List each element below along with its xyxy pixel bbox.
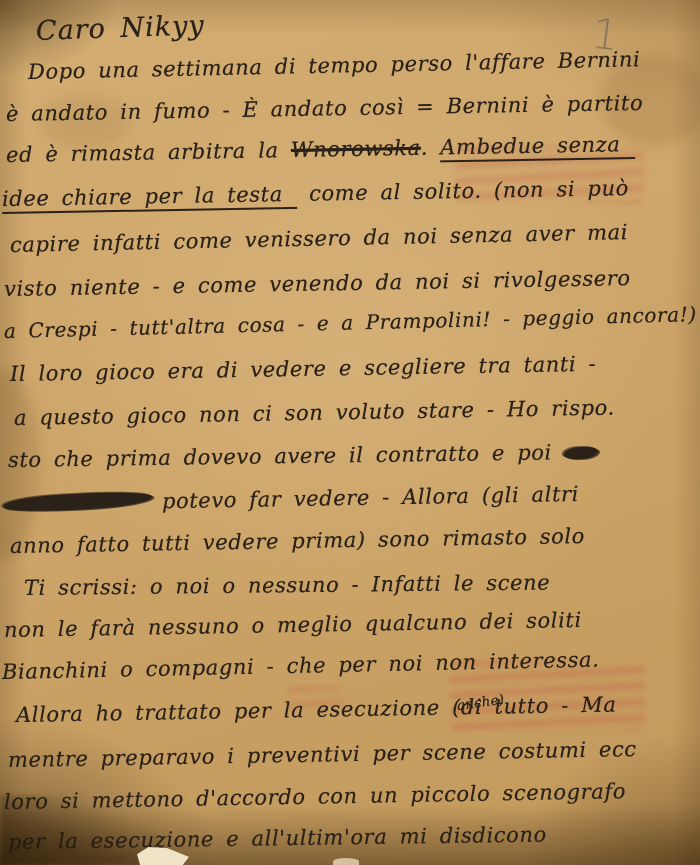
letter-line: mentre preparavo i preventivi per scene … [8, 737, 637, 772]
letter-line: sto che prima dovevo avere il contratto … [8, 440, 598, 472]
torn-paper-speck [333, 858, 359, 865]
letter-page-photo: 1 Caro Nikyy Dopo una settimana di tempo… [0, 0, 700, 865]
line-text: potevo far vedere - Allora (gli altri [162, 482, 579, 513]
line-text: capire infatti come venissero da noi sen… [10, 220, 629, 257]
letter-line: Il loro gioco era di vedere e scegliere … [10, 352, 597, 386]
letter-line: a Crespi - tutt'altra cosa - e a Prampol… [4, 302, 697, 343]
letter-line: anno fatto tutti vedere prima) sono rima… [10, 524, 585, 558]
line-text: anno fatto tutti vedere prima) sono rima… [10, 524, 585, 558]
line-text: Dopo una settimana di tempo perso l'affa… [28, 47, 641, 84]
line-text: sto che prima dovevo avere il contratto … [8, 440, 564, 472]
line-text: mentre preparavo i preventivi per scene … [8, 737, 637, 772]
letter-line: non le farà nessuno o meglio qualcuno de… [4, 608, 582, 642]
letter-line: visto niente - e come venendo da noi si … [4, 266, 631, 301]
line-text: visto niente - e come venendo da noi si … [4, 266, 631, 301]
letter-line: potevo far vedere - Allora (gli altri [4, 482, 579, 516]
underlined-text: idee chiare per la testa [2, 182, 297, 214]
underlined-text: Ambedue senza [440, 132, 635, 162]
letter-line: Dopo una settimana di tempo perso l'affa… [28, 47, 641, 84]
line-text: non le farà nessuno o meglio qualcuno de… [4, 608, 582, 642]
letter-line: a questo gioco non ci son voluto stare -… [14, 396, 615, 430]
struck-word: Wnorowska [291, 136, 421, 162]
line-text: Allora ho trattato per la esecuzione ( [16, 695, 461, 727]
letter-line: capire infatti come venissero da noi sen… [10, 220, 629, 257]
line-text: Ti scrissi: o noi o nessuno - Infatti le… [24, 570, 551, 600]
letter-line: idee chiare per la testa come al solito.… [2, 176, 629, 211]
line-text: a Crespi - tutt'altra cosa - e a Prampol… [4, 302, 697, 343]
line-text: ed è rimasta arbitra la [6, 138, 291, 167]
bottom-left-shadow [0, 795, 160, 865]
line-text: a questo gioco non ci son voluto stare -… [14, 396, 615, 430]
letter-line: Ti scrissi: o noi o nessuno - Infatti le… [24, 570, 551, 600]
line-text: Il loro gioco era di vedere e scegliere … [10, 352, 597, 386]
salutation-text: Caro Nikyy [35, 10, 205, 47]
line-text: . [421, 135, 441, 159]
scribbled-out-word [2, 490, 153, 514]
scribbled-out-word [563, 446, 599, 460]
salutation-line: Caro Nikyy [35, 10, 205, 47]
